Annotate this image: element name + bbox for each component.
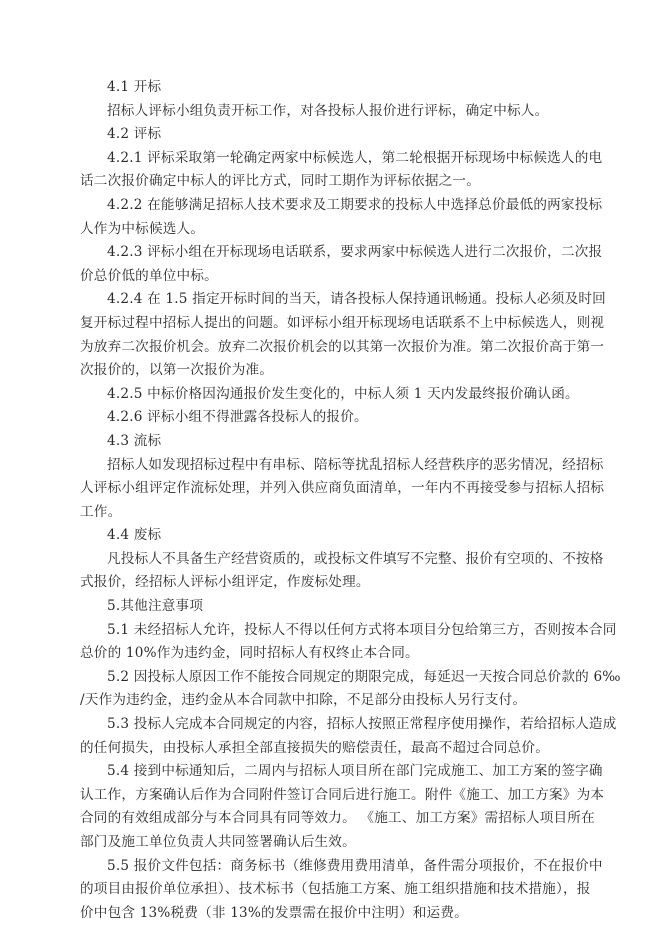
paragraph-line: 为放弃二次报价机会。放弃二次报价机会的以其第一次报价为准。第二次报价高于第一 xyxy=(80,336,582,360)
paragraph-line: 工作。 xyxy=(80,501,582,525)
paragraph-line: 总价的 10%作为违约金，同时招标人有权终止本合同。 xyxy=(80,642,582,666)
paragraph-line: 5.3 投标人完成本合同规定的内容，招标人按照正常程序使用操作，若给招标人造成 xyxy=(80,713,582,737)
paragraph-line: 人作为中标候选人。 xyxy=(80,218,582,242)
paragraph-line: 4.2.6 评标小组不得泄露各投标人的报价。 xyxy=(80,406,582,430)
paragraph-line: 价总价低的单位中标。 xyxy=(80,265,582,289)
document-page: 4.1 开标 招标人评标小组负责开标工作，对各投标人报价进行评标，确定中标人。 … xyxy=(80,76,582,925)
paragraph-line: 5.2 因投标人原因工作不能按合同规定的期限完成，每延迟一天按合同总价款的 6‰ xyxy=(80,666,582,690)
section-heading-4-4: 4.4 废标 xyxy=(80,524,582,548)
section-heading-4-2: 4.2 评标 xyxy=(80,123,582,147)
paragraph-line: 4.2.5 中标价格因沟通报价发生变化的，中标人须 1 天内发最终报价确认函。 xyxy=(80,383,582,407)
paragraph-line: 凡投标人不具备生产经营资质的，或投标文件填写不完整、报价有空项的、不按格 xyxy=(80,548,582,572)
paragraph-line: 话二次报价确定中标人的评比方式，同时工期作为评标依据之一。 xyxy=(80,170,582,194)
paragraph-line: 4.2.2 在能够满足招标人技术要求及工期要求的投标人中选择总价最低的两家投标 xyxy=(80,194,582,218)
paragraph-line: 5.5 报价文件包括：商务标书（维修费用费用清单，备件需分项报价，不在报价中 xyxy=(80,855,582,879)
paragraph-line: 4.2.4 在 1.5 指定开标时间的当天，请各投标人保持通讯畅通。投标人必须及… xyxy=(80,288,582,312)
paragraph-line: 5.1 未经招标人允许，投标人不得以任何方式将本项目分包给第三方，否则按本合同 xyxy=(80,619,582,643)
paragraph-line: 4.2.1 评标采取第一轮确定两家中标候选人，第二轮根据开标现场中标候选人的电 xyxy=(80,147,582,171)
paragraph-line: 5.4 接到中标通知后，二周内与招标人项目所在部门完成施工、加工方案的签字确 xyxy=(80,760,582,784)
section-heading-5: 5.其他注意事项 xyxy=(80,595,582,619)
section-heading-4-3: 4.3 流标 xyxy=(80,430,582,454)
paragraph-line: 合同的有效组成部分与本合同具有同等效力。 《施工、加工方案》需招标人项目所在 xyxy=(80,807,582,831)
paragraph-line: 招标人评标小组负责开标工作，对各投标人报价进行评标，确定中标人。 xyxy=(80,100,582,124)
paragraph-line: 招标人如发现招标过程中有串标、陪标等扰乱招标人经营秩序的恶劣情况，经招标 xyxy=(80,454,582,478)
paragraph-line: 4.2.3 评标小组在开标现场电话联系，要求两家中标候选人进行二次报价，二次报 xyxy=(80,241,582,265)
section-heading-4-1: 4.1 开标 xyxy=(80,76,582,100)
paragraph-line: /天作为违约金，违约金从本合同款中扣除，不足部分由投标人另行支付。 xyxy=(80,689,582,713)
paragraph-line: 的项目由报价单位承担）、技术标书（包括施工方案、施工组织措施和技术措施），报 xyxy=(80,878,582,902)
paragraph-line: 式报价，经招标人评标小组评定，作废标处理。 xyxy=(80,571,582,595)
paragraph-line: 价中包含 13%税费（非 13%的发票需在报价中注明）和运费。 xyxy=(80,902,582,926)
paragraph-line: 部门及施工单位负责人共同签署确认后生效。 xyxy=(80,831,582,855)
paragraph-line: 人评标小组评定作流标处理，并列入供应商负面清单，一年内不再接受参与招标人招标 xyxy=(80,477,582,501)
paragraph-line: 复开标过程中招标人提出的问题。如评标小组开标现场电话联系不上中标候选人，则视 xyxy=(80,312,582,336)
paragraph-line: 次报价的，以第一次报价为准。 xyxy=(80,359,582,383)
paragraph-line: 认工作，方案确认后作为合同附件签订合同后进行施工。附件《施工、加工方案》为本 xyxy=(80,784,582,808)
paragraph-line: 的任何损失，由投标人承担全部直接损失的赔偿责任，最高不超过合同总价。 xyxy=(80,737,582,761)
